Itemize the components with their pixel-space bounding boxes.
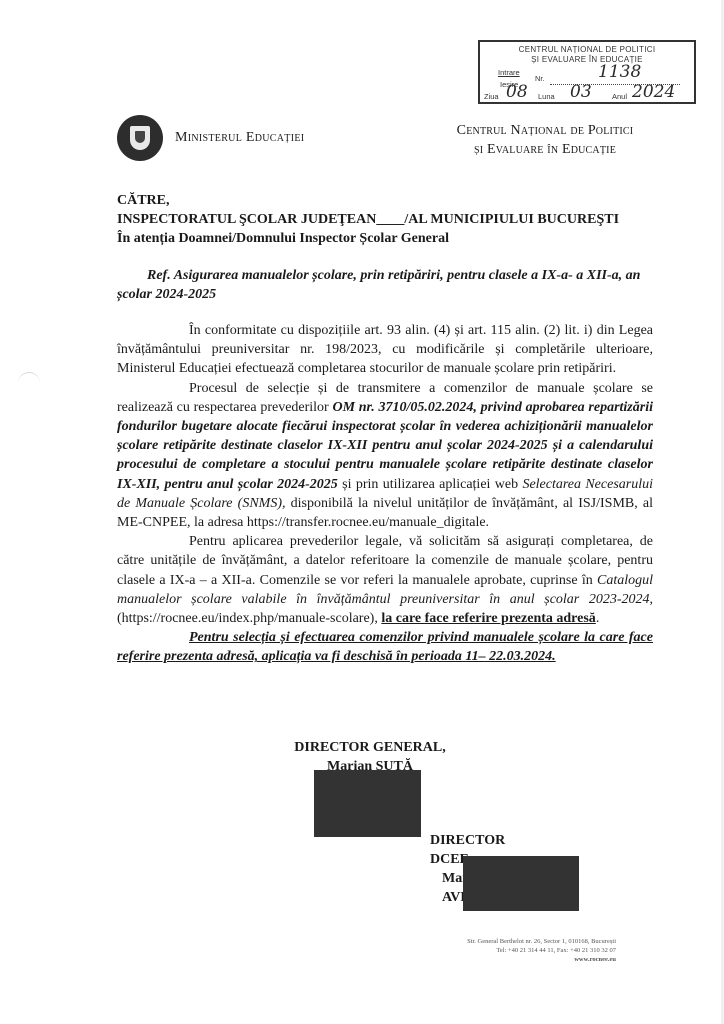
footer-contact: Str. General Berthelot nr. 26, Sector 1,… [430,937,616,964]
footer-phone: Tel: +40 21 314 44 11, Fax: +40 21 310 3… [430,946,616,955]
transfer-url-link[interactable]: https://transfer.rocnee.eu/manuale_digit… [247,515,489,530]
institution-name: Centrul Național de Politici și Evaluare… [440,121,650,159]
stamp-intrare-label: Intrare [498,68,520,77]
letter-body: În conformitate cu dispozițiile art. 93 … [117,321,653,667]
stamp-line2: ȘI EVALUARE ÎN EDUCAȚIE [480,55,694,64]
paragraph-1: În conformitate cu dispozițiile art. 93 … [117,321,653,379]
stamp-anul-value: 2024 [632,82,675,102]
addressee-recipient: INSPECTORATUL ŞCOLAR JUDEŢEAN____/AL MUN… [117,210,619,229]
stamp-ziua-value: 08 [506,82,528,102]
scan-artifact [18,372,40,395]
stamp-luna-label: Luna [538,92,555,101]
signature-1-title: DIRECTOR GENERAL, [290,738,450,757]
institution-line2: și Evaluare în Educație [440,140,650,159]
paragraph-4: Pentru selecția și efectuarea comenzilor… [117,628,653,666]
registration-stamp: CENTRUL NAȚIONAL DE POLITICI ȘI EVALUARE… [478,40,696,104]
footer-address: Str. General Berthelot nr. 26, Sector 1,… [430,937,616,946]
footer-website[interactable]: www.rocnee.eu [430,955,616,964]
addressee-attention: În atenția Doamnei/Domnului Inspector Șc… [117,229,619,248]
addressee-to: CĂTRE, [117,191,619,210]
romania-coat-of-arms-icon [117,115,163,161]
stamp-line1: CENTRUL NAȚIONAL DE POLITICI [480,45,694,54]
paragraph-3: Pentru aplicarea prevederilor legale, vă… [117,532,653,628]
redacted-signature-2 [463,856,579,911]
stamp-ziua-label: Ziua [484,92,499,101]
stamp-anul-label: Anul [612,92,627,101]
paragraph-2: Procesul de selecție și de transmitere a… [117,379,653,533]
deadline-notice: Pentru selecția și efectuarea comenzilor… [117,630,653,664]
institution-line1: Centrul Național de Politici [440,121,650,140]
stamp-nr-value: 1138 [598,62,641,82]
addressee-block: CĂTRE, INSPECTORATUL ŞCOLAR JUDEŢEAN____… [117,191,619,248]
ministry-name: Ministerul Educației [175,130,304,146]
reference-emphasis: la care face referire prezenta adresă [381,611,595,626]
stamp-nr-label: Nr. [535,74,545,83]
stamp-luna-value: 03 [570,82,592,102]
redacted-signature-1 [314,770,421,837]
reference-line: Ref. Asigurarea manualelor școlare, prin… [117,266,652,304]
